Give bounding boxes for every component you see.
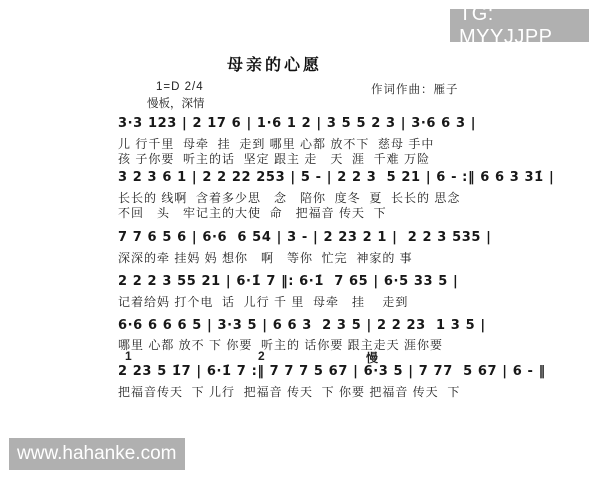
watermark-website-text: www.hahanke.com xyxy=(17,443,176,465)
lyric-line-2b: 不回 头 牢记主的大使 命 把福音 传天 下 xyxy=(118,204,387,221)
lyric-line-5: 哪里 心都 放不 下 你要 听主的 话你要 跟主走天 涯你要 xyxy=(118,336,443,353)
watermark-telegram-text: TG: MYYJJPP xyxy=(459,3,589,49)
volta-marker-1: 1 xyxy=(125,349,132,363)
key-signature: 1=D 2/4 xyxy=(156,81,204,93)
notation-line-6: 2 23 5 1̇7 | 6·1̇ 7 :‖ 7 7 7 5 67 | 6·3 … xyxy=(118,364,546,379)
tempo-marking: 慢板，深情 xyxy=(147,95,205,111)
lyric-line-6: 把福音传天 下 儿行 把福音 传天 下 你要 把福音 传天 下 xyxy=(118,383,460,400)
sheet-music-page: TG: MYYJJPP 母亲的心愿 1=D 2/4 慢板，深情 作词作曲：雁子 … xyxy=(0,0,600,480)
lyric-line-3: 深深的牵 挂妈 妈 想你 啊 等你 忙完 神家的 事 xyxy=(118,249,413,266)
notation-line-1: 3·3 123 | 2 17 6 | 1·6 1 2 | 3 5 5 2 3 |… xyxy=(118,116,476,131)
volta-marker-2: 2 xyxy=(258,349,265,363)
song-title: 母亲的心愿 xyxy=(227,52,322,75)
composer-credit: 作词作曲：雁子 xyxy=(371,81,459,97)
watermark-telegram: TG: MYYJJPP xyxy=(450,9,589,42)
lyric-line-1b: 孩 子你要 听主的话 坚定 跟主 走 天 涯 千难 万险 xyxy=(118,150,430,167)
notation-line-2: 3 2 3 6 1 | 2 2 22 253 | 5 - | 2 2 3 5 2… xyxy=(118,170,554,185)
lyric-line-4: 记着给妈 打个电 话 儿行 千 里 母牵 挂 走到 xyxy=(118,293,408,310)
watermark-website: www.hahanke.com xyxy=(9,438,185,470)
notation-line-4: 2 2 2 3 55 21 | 6·1̇ 7 ‖: 6·1̇ 7 65 | 6·… xyxy=(118,274,458,289)
notation-line-5: 6·6 6 6 6 5 | 3·3 5 | 6 6 3 2 3 5 | 2 2 … xyxy=(118,318,486,333)
notation-line-3: 7 7 6 5 6 | 6·6 6 54 | 3 - | 2 23 2 1 | … xyxy=(118,230,492,245)
